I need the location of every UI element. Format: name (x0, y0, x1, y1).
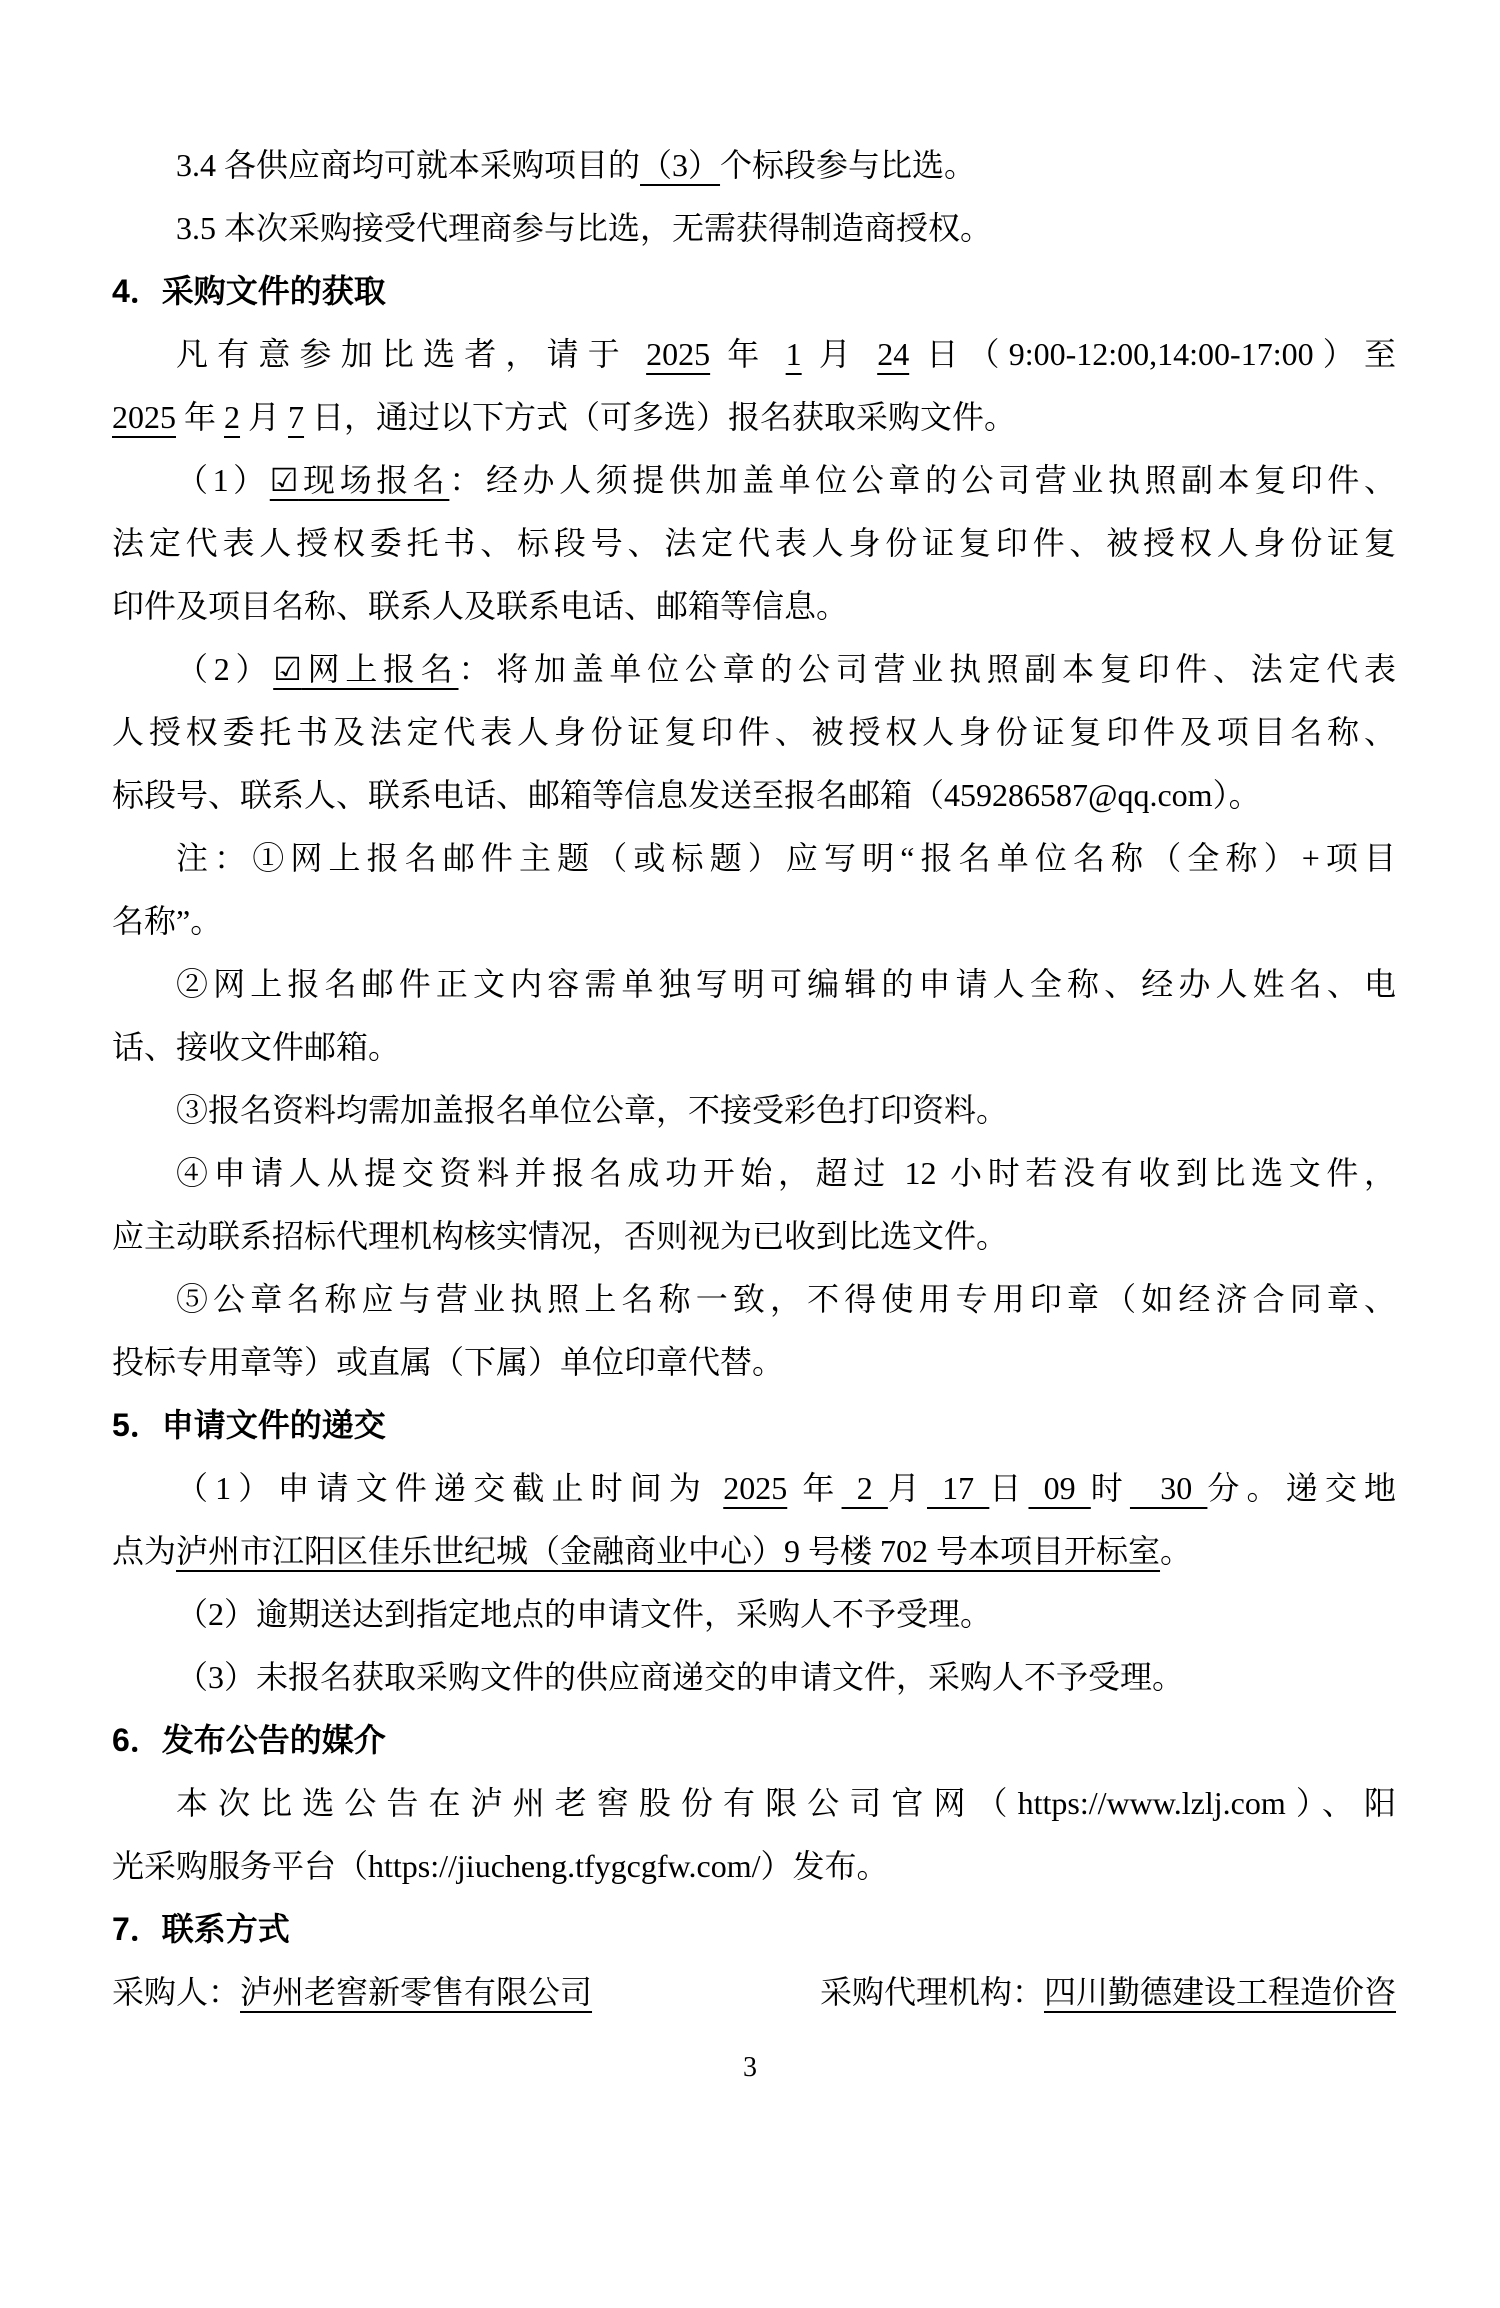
text-run: 投标专用章等）或直属（下属）单位印章代替。 (112, 1344, 784, 1380)
item-1-onsite-line-3: 印件及项目名称、联系人及联系电话、邮箱等信息。 (112, 575, 1396, 638)
text-run: 2 (842, 1470, 888, 1506)
text-run: 3.4 各供应商均可就本采购项目的 (176, 147, 640, 183)
note-1-line-2: 名称”。 (112, 890, 1396, 953)
text-run: ③报名资料均需加盖报名单位公章，不接受彩色打印资料。 (176, 1092, 1008, 1128)
text-run: 。 (1160, 1533, 1192, 1569)
para-5-1-line-2: 点为泸州市江阳区佳乐世纪城（金融商业中心）9 号楼 702 号本项目开标室。 (112, 1520, 1396, 1583)
para-5-2: （2）逾期送达到指定地点的申请文件，采购人不予受理。 (112, 1583, 1396, 1646)
checkbox-checked-icon: ☑ (273, 650, 302, 688)
text-run: 注：①网上报名邮件主题（或标题）应写明“报名单位名称（全称）+项目 (176, 840, 1396, 876)
text-run: 2025 (646, 336, 710, 372)
text-run: 日，通过以下方式（可多选）报名获取采购文件。 (304, 399, 1016, 435)
text-run: 凡有意参加比选者，请于 (176, 336, 646, 372)
text-run: （2）逾期送达到指定地点的申请文件，采购人不予受理。 (176, 1596, 992, 1632)
text-run: 7 (288, 399, 304, 435)
checkbox-checked-icon: ☑ (270, 461, 299, 499)
text-run: 年 (787, 1470, 841, 1506)
text-run: 泸州市江阳区佳乐世纪城（金融商业中心）9 号楼 702 号本项目开标室 (176, 1533, 1160, 1569)
text-run: ：将加盖单位公章的公司营业执照副本复印件、法定代表 (459, 651, 1396, 687)
text-run: ：经办人须提供加盖单位公章的公司营业执照副本复印件、 (449, 462, 1396, 498)
text-run: 24 (877, 336, 909, 372)
text-run: 现场报名 (298, 462, 449, 498)
text-run: （1） (176, 462, 270, 498)
text-run: （1）申请文件递交截止时间为 (176, 1470, 723, 1506)
text-run: 1 (786, 336, 802, 372)
para-6-line-2: 光采购服务平台（https://jiucheng.tfygcgfw.com/）发… (112, 1835, 1396, 1898)
text-run: 日（9:00-12:00,14:00-17:00）至 (909, 336, 1396, 372)
para-5-1-line-1: （1）申请文件递交截止时间为 2025 年 2 月 17 日 09 时 30 分… (112, 1457, 1396, 1520)
note-5-line-1: ⑤公章名称应与营业执照上名称一致，不得使用专用印章（如经济合同章、 (112, 1268, 1396, 1331)
document-body: 3.4 各供应商均可就本采购项目的（3）个标段参与比选。3.5 本次采购接受代理… (112, 134, 1396, 2024)
text-run: 2025 (112, 399, 176, 435)
text-run: 7．联系方式 (112, 1911, 290, 1947)
item-1-onsite-line-1: （1）☑现场报名：经办人须提供加盖单位公章的公司营业执照副本复印件、 (112, 449, 1396, 512)
text-run: 年 (710, 336, 786, 372)
text-run: ②网上报名邮件正文内容需单独写明可编辑的申请人全称、经办人姓名、电 (176, 966, 1396, 1002)
text-run: （2） (176, 651, 273, 687)
note-5-line-2: 投标专用章等）或直属（下属）单位印章代替。 (112, 1331, 1396, 1394)
page-number: 3 (0, 2036, 1500, 2099)
note-4-line-1: ④申请人从提交资料并报名成功开始，超过 12 小时若没有收到比选文件， (112, 1142, 1396, 1205)
text-run: 分。递交地 (1207, 1470, 1396, 1506)
heading-section-7: 7．联系方式 (112, 1898, 1396, 1961)
item-2-online-line-3: 标段号、联系人、联系电话、邮箱等信息发送至报名邮箱（459286587@qq.c… (112, 764, 1396, 827)
text-run: 6．发布公告的媒介 (112, 1722, 386, 1758)
text-run: 光采购服务平台（https://jiucheng.tfygcgfw.com/）发… (112, 1848, 889, 1884)
text-run: 17 (927, 1470, 989, 1506)
procurement-agency: 采购代理机构：四川勤德建设工程造价咨 (820, 1961, 1396, 2024)
text-run: 3.5 本次采购接受代理商参与比选，无需获得制造商授权。 (176, 210, 992, 246)
text-run: 30 (1130, 1470, 1207, 1506)
para-4-line-1: 凡有意参加比选者，请于 2025 年 1 月 24 日（9:00-12:00,1… (112, 323, 1396, 386)
text-run: 四川勤德建设工程造价咨 (1044, 1974, 1396, 2010)
text-run: 话、接收文件邮箱。 (112, 1029, 400, 1065)
text-run: 名称”。 (112, 903, 222, 939)
purchaser: 采购人：泸州老窖新零售有限公司 (112, 1961, 592, 2024)
text-run: 标段号、联系人、联系电话、邮箱等信息发送至报名邮箱（459286587@qq.c… (112, 777, 1261, 813)
text-run: 时 (1091, 1470, 1130, 1506)
para-6-line-1: 本次比选公告在泸州老窖股份有限公司官网（https://www.lzlj.com… (112, 1772, 1396, 1835)
text-run: ⑤公章名称应与营业执照上名称一致，不得使用专用印章（如经济合同章、 (176, 1281, 1396, 1317)
text-run: （3） (640, 147, 720, 183)
text-run: 5．申请文件的递交 (112, 1407, 386, 1443)
text-run: 采购代理机构： (820, 1974, 1044, 2010)
text-run: 月 (888, 1470, 927, 1506)
clause-3-4: 3.4 各供应商均可就本采购项目的（3）个标段参与比选。 (112, 134, 1396, 197)
text-run: 日 (989, 1470, 1028, 1506)
item-2-online-line-2: 人授权委托书及法定代表人身份证复印件、被授权人身份证复印件及项目名称、 (112, 701, 1396, 764)
text-run: 4．采购文件的获取 (112, 273, 386, 309)
text-run: 人授权委托书及法定代表人身份证复印件、被授权人身份证复印件及项目名称、 (112, 714, 1396, 750)
item-2-online-line-1: （2）☑网上报名：将加盖单位公章的公司营业执照副本复印件、法定代表 (112, 638, 1396, 701)
text-run: 网上报名 (302, 651, 459, 687)
text-run: （3）未报名获取采购文件的供应商递交的申请文件，采购人不予受理。 (176, 1659, 1184, 1695)
text-run: ④申请人从提交资料并报名成功开始，超过 12 小时若没有收到比选文件， (176, 1155, 1396, 1191)
text-run: 2025 (723, 1470, 787, 1506)
heading-section-6: 6．发布公告的媒介 (112, 1709, 1396, 1772)
clause-3-5: 3.5 本次采购接受代理商参与比选，无需获得制造商授权。 (112, 197, 1396, 260)
text-run: 印件及项目名称、联系人及联系电话、邮箱等信息。 (112, 588, 848, 624)
text-run: 09 (1028, 1470, 1090, 1506)
contact-row: 采购人：泸州老窖新零售有限公司采购代理机构：四川勤德建设工程造价咨 (112, 1961, 1396, 2024)
text-run: 2 (224, 399, 240, 435)
heading-section-4: 4．采购文件的获取 (112, 260, 1396, 323)
note-2-line-1: ②网上报名邮件正文内容需单独写明可编辑的申请人全称、经办人姓名、电 (112, 953, 1396, 1016)
heading-section-5: 5．申请文件的递交 (112, 1394, 1396, 1457)
document-page: 3.4 各供应商均可就本采购项目的（3）个标段参与比选。3.5 本次采购接受代理… (0, 0, 1500, 2308)
text-run: 点为 (112, 1533, 176, 1569)
text-run: 月 (240, 399, 288, 435)
item-1-onsite-line-2: 法定代表人授权委托书、标段号、法定代表人身份证复印件、被授权人身份证复 (112, 512, 1396, 575)
text-run: 月 (802, 336, 878, 372)
text-run: 法定代表人授权委托书、标段号、法定代表人身份证复印件、被授权人身份证复 (112, 525, 1396, 561)
note-4-line-2: 应主动联系招标代理机构核实情况，否则视为已收到比选文件。 (112, 1205, 1396, 1268)
text-run: 应主动联系招标代理机构核实情况，否则视为已收到比选文件。 (112, 1218, 1008, 1254)
para-4-line-2: 2025 年 2 月 7 日，通过以下方式（可多选）报名获取采购文件。 (112, 386, 1396, 449)
text-run: 年 (176, 399, 224, 435)
note-2-line-2: 话、接收文件邮箱。 (112, 1016, 1396, 1079)
text-run: 本次比选公告在泸州老窖股份有限公司官网（https://www.lzlj.com… (176, 1785, 1396, 1821)
text-run: 采购人： (112, 1974, 240, 2010)
text-run: 泸州老窖新零售有限公司 (240, 1974, 592, 2010)
text-run: 个标段参与比选。 (720, 147, 976, 183)
para-5-3: （3）未报名获取采购文件的供应商递交的申请文件，采购人不予受理。 (112, 1646, 1396, 1709)
note-1-line-1: 注：①网上报名邮件主题（或标题）应写明“报名单位名称（全称）+项目 (112, 827, 1396, 890)
note-3: ③报名资料均需加盖报名单位公章，不接受彩色打印资料。 (112, 1079, 1396, 1142)
